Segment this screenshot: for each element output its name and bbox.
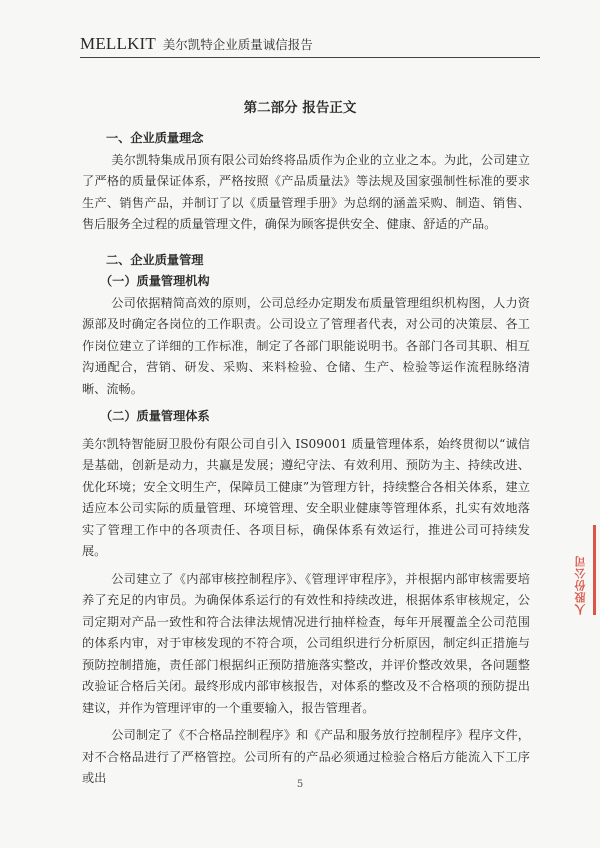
paragraph-internal-audit: 公司建立了《内部审核控制程序》、《管理评审程序》，并根据内部审核需要培养了充足的… (82, 569, 530, 720)
section-heading-quality-philosophy: 一、企业质量理念 (82, 128, 530, 150)
paragraph-quality-philosophy: 美尔凯特集成吊顶有限公司始终将品质作为企业的立业之本。为此，公司建立了严格的质量… (82, 150, 530, 236)
section-heading-quality-management: 二、企业质量管理 (82, 250, 530, 272)
subsection-heading-management-system: （二）质量管理体系 (82, 406, 530, 428)
running-header: MELLKIT 美尔凯特企业质量诚信报告 (80, 34, 540, 58)
header-brand: MELLKIT (80, 34, 156, 53)
red-seal-stamp: 人股份公司 (573, 525, 596, 615)
paragraph-management-system: 美尔凯特智能厨卫股份有限公司自引入 IS09001 质量管理体系，始终贯彻以“诚… (82, 434, 530, 563)
subsection-heading-organization: （一）质量管理机构 (82, 271, 530, 293)
paragraph-organization: 公司依据精简高效的原则，公司总经办定期发布质量管理组织机构图，人力资源部及时确定… (82, 293, 530, 401)
report-body: 一、企业质量理念 美尔凯特集成吊顶有限公司始终将品质作为企业的立业之本。为此，公… (82, 128, 530, 790)
page-number: 5 (0, 779, 600, 790)
part-title: 第二部分 报告正文 (0, 96, 600, 116)
header-subtitle: 美尔凯特企业质量诚信报告 (163, 37, 313, 52)
document-page: MELLKIT 美尔凯特企业质量诚信报告 第二部分 报告正文 一、企业质量理念 … (0, 0, 600, 848)
